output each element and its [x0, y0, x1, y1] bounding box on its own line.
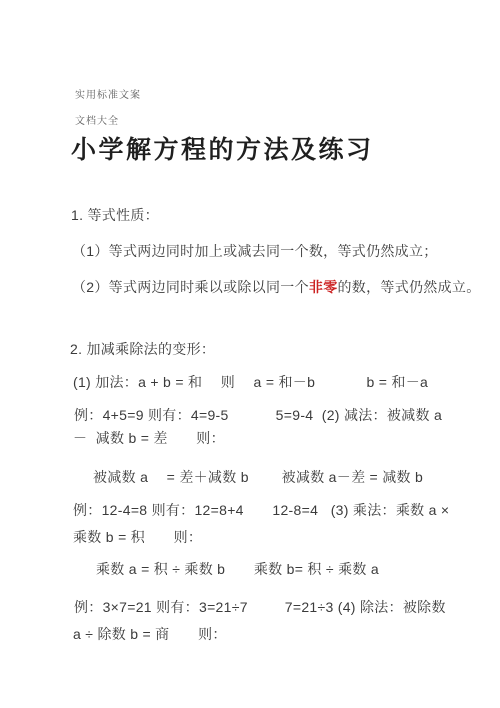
subtraction-example-line1: 例：12-4=8 则有：12=8+4 12-8=4 (3) 乘法：乘数 a ×	[73, 500, 449, 520]
section1-heading: 1. 等式性质：	[71, 205, 159, 225]
watermark-line-2: 文档大全	[75, 112, 119, 127]
equality-property-2-prefix: （2）等式两边同时乘以或除以同一个	[72, 279, 309, 295]
document-page: 实用标准文案 文档大全 小学解方程的方法及练习 1. 等式性质： （1）等式两边…	[0, 0, 500, 708]
multiplication-example-line2: a ÷ 除数 b = 商 则：	[73, 624, 227, 644]
highlight-nonzero: 非零	[309, 279, 338, 295]
subtraction-example-line2: 乘数 b = 积 则：	[73, 527, 202, 547]
addition-example-line2: － 减数 b = 差 则：	[73, 428, 225, 448]
equality-property-2: （2）等式两边同时乘以或除以同一个非零的数，等式仍然成立。	[72, 277, 481, 297]
watermark-line-1: 实用标准文案	[75, 86, 141, 101]
addition-example-line1: 例：4+5=9 则有：4=9-5 5=9-4 (2) 减法：被减数 a	[74, 405, 442, 425]
equality-property-2-suffix: 的数，等式仍然成立。	[338, 279, 481, 295]
subtraction-rule: 被减数 a = 差＋减数 b 被减数 a－差 = 减数 b	[93, 467, 423, 487]
equality-property-1: （1）等式两边同时加上或减去同一个数，等式仍然成立；	[72, 241, 438, 261]
multiplication-rule: 乘数 a = 积 ÷ 乘数 b 乘数 b= 积 ÷ 乘数 a	[96, 559, 379, 579]
addition-rule: (1) 加法：a + b = 和 则 a = 和－b b = 和－a	[73, 372, 428, 392]
section2-heading: 2. 加减乘除法的变形：	[70, 339, 215, 359]
page-title: 小学解方程的方法及练习	[71, 130, 374, 166]
multiplication-example-line1: 例：3×7=21 则有：3=21÷7 7=21÷3 (4) 除法：被除数	[74, 597, 446, 617]
